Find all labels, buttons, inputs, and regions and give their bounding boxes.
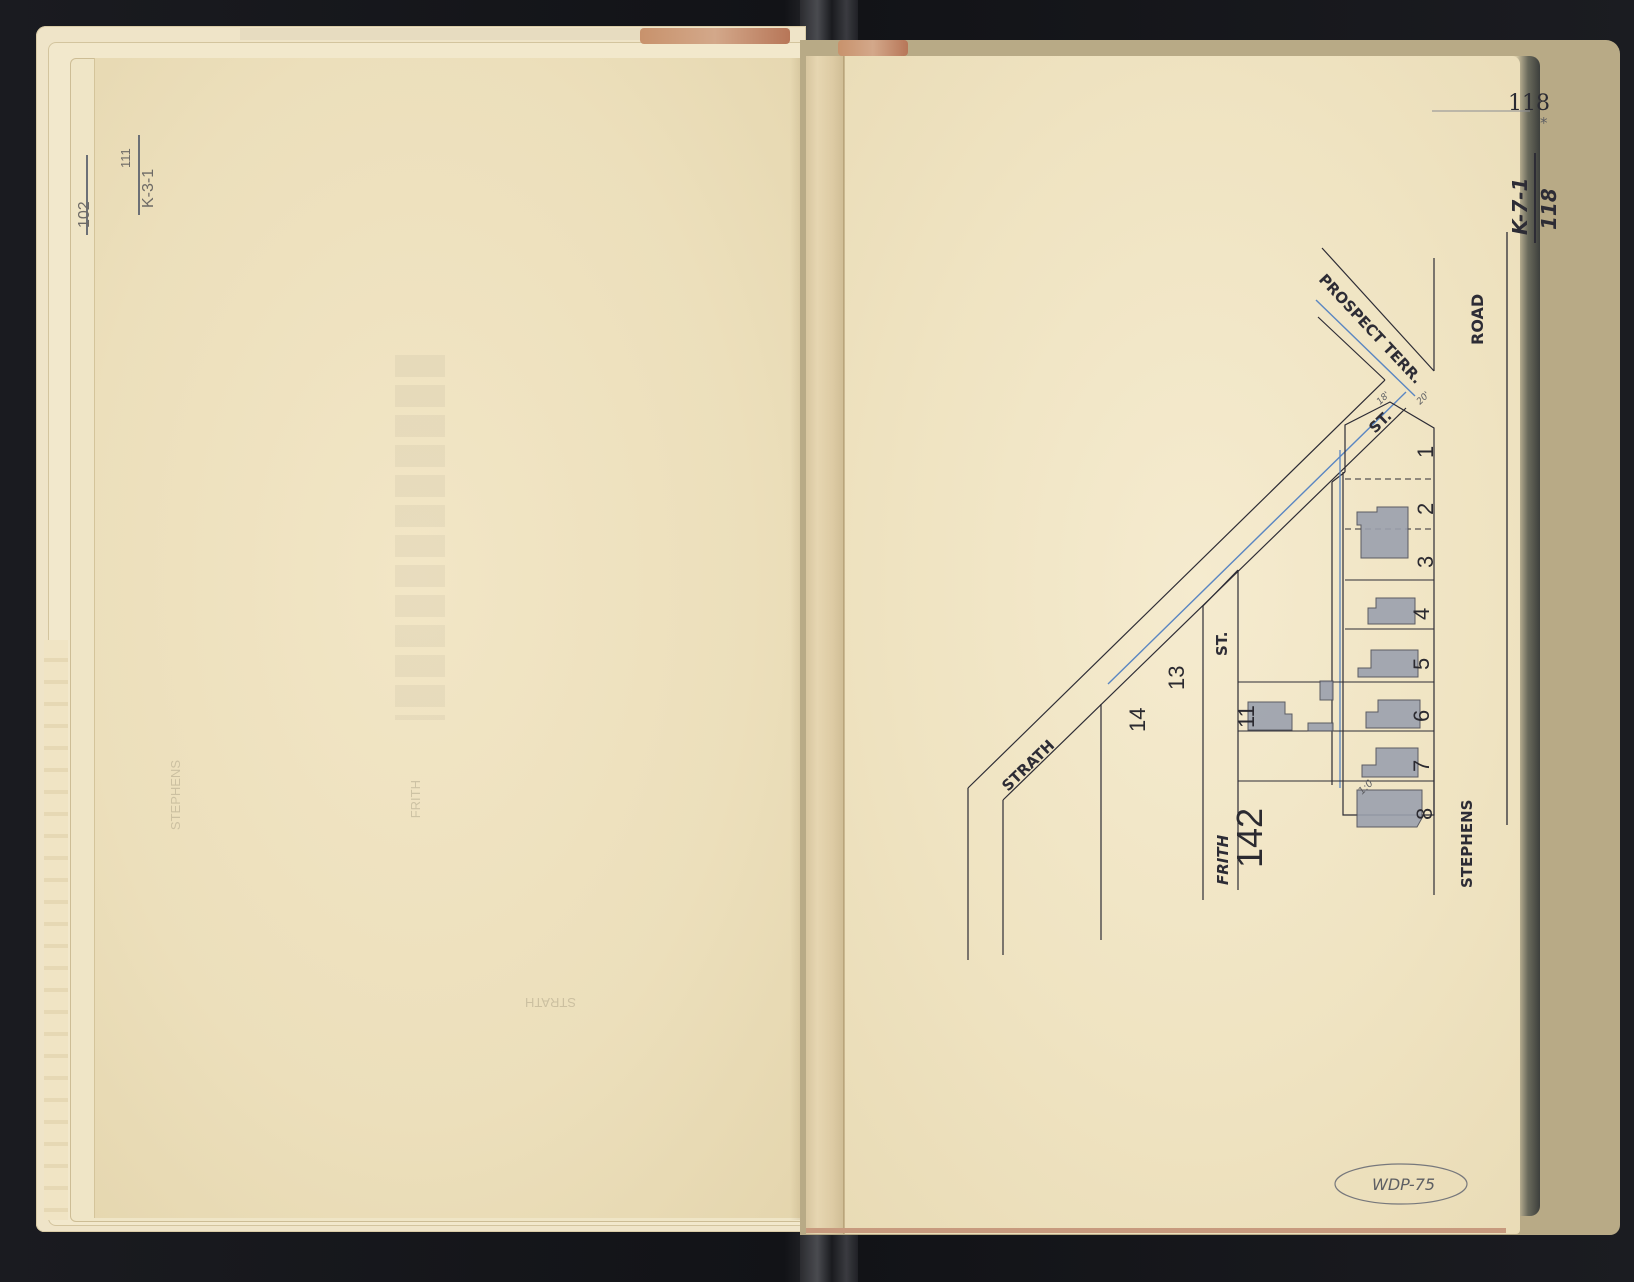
lot-number-14: 14: [1125, 708, 1150, 732]
insurance-plan-map: 118 * K-7-1 118 ROAD PROSPECT TERR. ST. …: [0, 0, 1634, 1282]
lot-number-1: 1: [1413, 446, 1438, 458]
sheet-ref-top: K-7-1: [1508, 178, 1532, 235]
strath-st-label: ST.: [1365, 407, 1395, 437]
outbuilding-lot-11: [1320, 681, 1333, 700]
prospect-terr-label: PROSPECT TERR.: [1315, 270, 1426, 387]
stephens-label: STEPHENS: [1458, 800, 1476, 888]
lot-number-2: 2: [1413, 503, 1438, 515]
frith-st-label: ST.: [1213, 632, 1231, 656]
lot-number-5: 5: [1409, 658, 1434, 670]
sheet-ref-bottom: 118: [1537, 188, 1561, 230]
page-mark: *: [1540, 114, 1548, 132]
building-lot-4: [1368, 598, 1415, 624]
lot-number-7: 7: [1409, 760, 1434, 772]
corner-width-note: 20': [1415, 390, 1432, 407]
block-number: 142: [1229, 808, 1270, 868]
shed-lot-11: [1308, 723, 1333, 731]
lot-number-3: 3: [1413, 556, 1438, 568]
building-lot-2-3: [1357, 507, 1408, 558]
frith-north-cap: [1203, 570, 1238, 606]
archive-stamp-text: WDP-75: [1372, 1175, 1435, 1194]
lot-number-13: 13: [1164, 666, 1189, 690]
prospect-terr-north-line: [1322, 248, 1434, 371]
lot-number-6: 6: [1409, 710, 1434, 722]
lot-number-11: 11: [1234, 705, 1259, 728]
road-label: ROAD: [1468, 294, 1487, 345]
strath-label: STRATH: [998, 736, 1058, 795]
lot-number-8: 8: [1412, 808, 1437, 820]
page-number: 118: [1508, 91, 1550, 116]
lot-number-4: 4: [1409, 608, 1434, 620]
